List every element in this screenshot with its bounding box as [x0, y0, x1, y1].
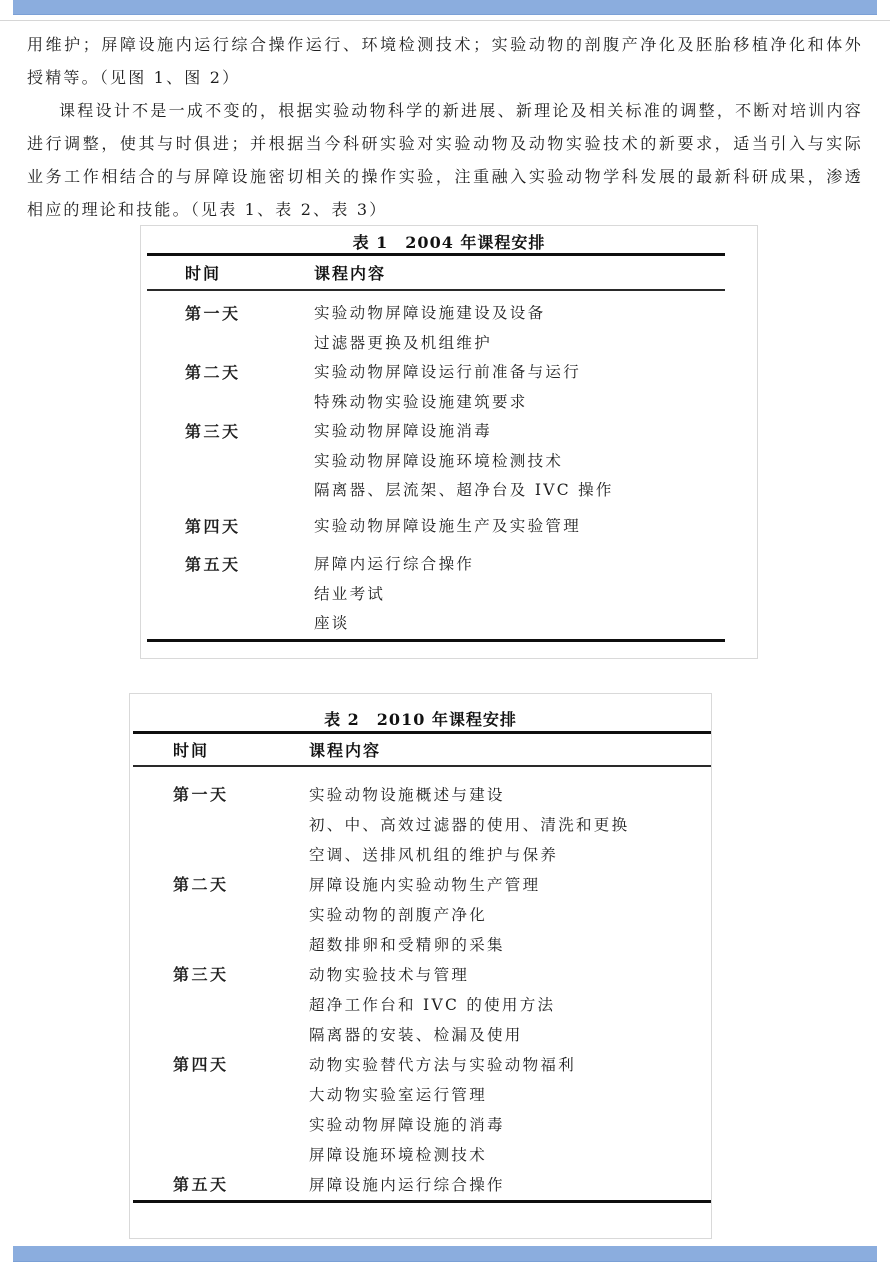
- course-item: 实验动物屏障设施环境检测技术: [314, 447, 757, 477]
- day-cell: 第五天: [173, 1170, 309, 1200]
- day-cell: 第二天: [185, 358, 314, 388]
- table-header-row: 时间 课程内容: [141, 256, 757, 289]
- table-row: 第四天实验动物屏障设施生产及实验管理: [185, 512, 757, 542]
- day-cell: 第一天: [173, 780, 309, 810]
- course-item: 屏障设施环境检测技术: [309, 1140, 711, 1170]
- course-items: 实验动物设施概述与建设初、中、高效过滤器的使用、清洗和更换空调、送排风机组的维护…: [309, 780, 711, 870]
- course-items: 屏障设施内实验动物生产管理实验动物的剖腹产净化超数排卵和受精卵的采集: [309, 870, 711, 960]
- day-cell: 第四天: [173, 1050, 309, 1080]
- course-items: 屏障内运行综合操作结业考试座谈: [314, 550, 757, 639]
- course-item: 隔离器的安装、检漏及使用: [309, 1020, 711, 1050]
- course-item: 屏障内运行综合操作: [314, 550, 757, 580]
- course-item: 超净工作台和 IVC 的使用方法: [309, 990, 711, 1020]
- course-items: 实验动物屏障设施建设及设备过滤器更换及机组维护: [314, 299, 757, 358]
- course-items: 屏障设施内运行综合操作: [309, 1170, 711, 1200]
- course-item: 隔离器、层流架、超净台及 IVC 操作: [314, 476, 757, 506]
- table-row: 第一天实验动物屏障设施建设及设备过滤器更换及机组维护: [185, 299, 757, 358]
- day-cell: 第二天: [173, 870, 309, 900]
- table-bottom-rule: [133, 1200, 711, 1203]
- paragraph-course-design: 课程设计不是一成不变的，根据实验动物科学的新进展、新理论及相关标准的调整，不断对…: [27, 94, 863, 226]
- table-1-frame: 表 1 2004 年课程安排 时间 课程内容 第一天实验动物屏障设施建设及设备过…: [140, 225, 758, 659]
- course-item: 特殊动物实验设施建筑要求: [314, 388, 757, 418]
- table-rows: 第一天实验动物设施概述与建设初、中、高效过滤器的使用、清洗和更换空调、送排风机组…: [130, 767, 711, 1200]
- table-2-frame: 表 2 2010 年课程安排 时间 课程内容 第一天实验动物设施概述与建设初、中…: [129, 693, 712, 1239]
- column-header-time: 时间: [185, 261, 314, 284]
- day-cell: 第四天: [185, 512, 314, 542]
- course-item: 实验动物屏障设施建设及设备: [314, 299, 757, 329]
- course-items: 动物实验技术与管理超净工作台和 IVC 的使用方法隔离器的安装、检漏及使用: [309, 960, 711, 1050]
- day-cell: 第一天: [185, 299, 314, 329]
- course-item: 大动物实验室运行管理: [309, 1080, 711, 1110]
- bottom-accent-bar: [13, 1246, 877, 1262]
- course-items: 实验动物屏障设运行前准备与运行特殊动物实验设施建筑要求: [314, 358, 757, 417]
- course-item: 屏障设施内运行综合操作: [309, 1170, 711, 1200]
- course-item: 座谈: [314, 609, 757, 639]
- course-item: 超数排卵和受精卵的采集: [309, 930, 711, 960]
- course-item: 实验动物屏障设施的消毒: [309, 1110, 711, 1140]
- table-row: 第二天屏障设施内实验动物生产管理实验动物的剖腹产净化超数排卵和受精卵的采集: [173, 870, 711, 960]
- course-items: 实验动物屏障设施消毒实验动物屏障设施环境检测技术隔离器、层流架、超净台及 IVC…: [314, 417, 757, 506]
- table-header-row: 时间 课程内容: [130, 734, 711, 765]
- table-row: 第五天屏障设施内运行综合操作: [173, 1170, 711, 1200]
- course-item: 过滤器更换及机组维护: [314, 329, 757, 359]
- body-text: 用维护；屏障设施内运行综合操作运行、环境检测技术；实验动物的剖腹产净化及胚胎移植…: [27, 28, 863, 226]
- table-rows: 第一天实验动物屏障设施建设及设备过滤器更换及机组维护第二天实验动物屏障设运行前准…: [141, 291, 757, 639]
- top-accent-bar: [13, 0, 877, 15]
- table-row: 第四天动物实验替代方法与实验动物福利大动物实验室运行管理实验动物屏障设施的消毒屏…: [173, 1050, 711, 1170]
- course-item: 实验动物屏障设施生产及实验管理: [314, 512, 757, 542]
- table-row: 第五天屏障内运行综合操作结业考试座谈: [185, 550, 757, 639]
- table-row: 第三天动物实验技术与管理超净工作台和 IVC 的使用方法隔离器的安装、检漏及使用: [173, 960, 711, 1050]
- header-divider: [0, 20, 890, 21]
- day-cell: 第三天: [173, 960, 309, 990]
- course-item: 动物实验技术与管理: [309, 960, 711, 990]
- day-cell: 第五天: [185, 550, 314, 580]
- course-item: 实验动物屏障设运行前准备与运行: [314, 358, 757, 388]
- table-bottom-rule: [147, 639, 725, 642]
- table-title: 表 1 2004 年课程安排: [141, 226, 757, 253]
- course-item: 实验动物的剖腹产净化: [309, 900, 711, 930]
- table-row: 第一天实验动物设施概述与建设初、中、高效过滤器的使用、清洗和更换空调、送排风机组…: [173, 780, 711, 870]
- course-item: 空调、送排风机组的维护与保养: [309, 840, 711, 870]
- course-item: 实验动物设施概述与建设: [309, 780, 711, 810]
- course-item: 动物实验替代方法与实验动物福利: [309, 1050, 711, 1080]
- column-header-content: 课程内容: [309, 738, 381, 761]
- course-items: 实验动物屏障设施生产及实验管理: [314, 512, 757, 542]
- column-header-content: 课程内容: [314, 261, 386, 284]
- course-item: 实验动物屏障设施消毒: [314, 417, 757, 447]
- course-item: 结业考试: [314, 580, 757, 610]
- course-item: 初、中、高效过滤器的使用、清洗和更换: [309, 810, 711, 840]
- course-item: 屏障设施内实验动物生产管理: [309, 870, 711, 900]
- table-title: 表 2 2010 年课程安排: [130, 694, 711, 731]
- paragraph-continuation: 用维护；屏障设施内运行综合操作运行、环境检测技术；实验动物的剖腹产净化及胚胎移植…: [27, 28, 863, 94]
- table-row: 第三天实验动物屏障设施消毒实验动物屏障设施环境检测技术隔离器、层流架、超净台及 …: [185, 417, 757, 506]
- column-header-time: 时间: [173, 738, 309, 761]
- day-cell: 第三天: [185, 417, 314, 447]
- course-items: 动物实验替代方法与实验动物福利大动物实验室运行管理实验动物屏障设施的消毒屏障设施…: [309, 1050, 711, 1170]
- table-row: 第二天实验动物屏障设运行前准备与运行特殊动物实验设施建筑要求: [185, 358, 757, 417]
